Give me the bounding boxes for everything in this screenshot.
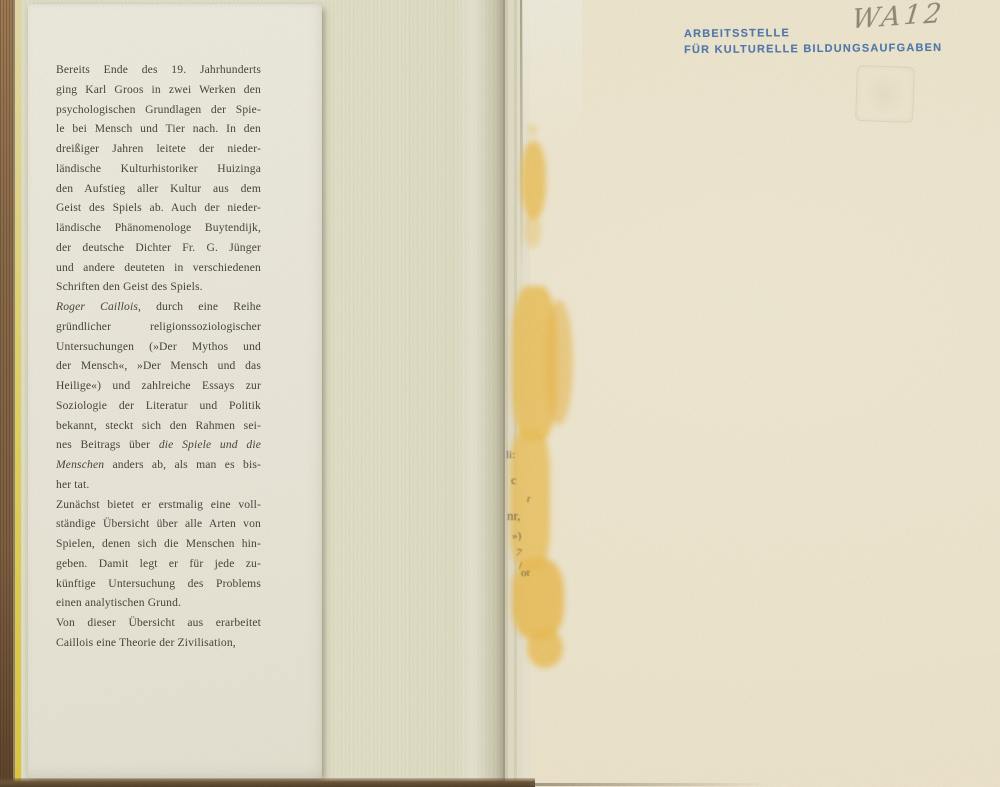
- flap-text-roman: her tat.: [56, 478, 89, 491]
- flap-text-roman: anders ab, als man es bis-: [104, 458, 261, 471]
- flap-text-line: Untersuchungen (»Der Mythos und: [56, 337, 261, 357]
- flap-text-line: ständige Übersicht über alle Arten von: [56, 514, 261, 534]
- flap-text-roman: psychologischen Grundlagen der Spie-: [56, 103, 261, 116]
- flap-text-line: nes Beitrags über die Spiele und die: [56, 435, 261, 455]
- flap-text-line: und andere deuteten in verschiedenen: [56, 258, 261, 278]
- flap-text-roman: le bei Mensch und Tier nach. In den: [56, 122, 261, 135]
- glue-stain-blob: [521, 141, 546, 219]
- flap-text-roman: Bereits Ende des 19. Jahrhunderts: [56, 63, 261, 76]
- flap-text-line: Roger Caillois, durch eine Reihe: [56, 297, 261, 317]
- embossed-seal: [855, 65, 915, 123]
- flap-text-roman: Soziologie der Literatur und Politik: [56, 399, 261, 412]
- flap-text-roman: geben. Damit legt er für jede zu-: [56, 557, 261, 570]
- flap-text-line: einen analytischen Grund.: [56, 593, 261, 613]
- flap-text-line: Geist des Spiels ab. Auch der nieder-: [56, 198, 261, 218]
- flap-text-roman: Spielen, denen sich die Menschen hin-: [56, 537, 261, 550]
- flap-text-line: der Mensch«, »Der Mensch und das: [56, 356, 261, 376]
- flap-text-line: Menschen anders ab, als man es bis-: [56, 455, 261, 475]
- cover-yellow-stripe: [15, 0, 21, 787]
- flap-text-roman: der Mensch«, »Der Mensch und das: [56, 359, 261, 372]
- flap-text-roman: einen analytischen Grund.: [56, 596, 181, 609]
- flap-text-roman: bekannt, steckt sich den Rahmen sei-: [56, 419, 261, 432]
- flap-text-line: psychologischen Grundlagen der Spie-: [56, 100, 261, 120]
- flap-text-roman: , durch eine Reihe: [138, 300, 261, 313]
- flap-text-italic: die Spiele und die: [159, 438, 261, 451]
- flap-text-roman: Schriften den Geist des Spiels.: [56, 280, 203, 293]
- flap-text-roman: Heilige«) und zahlreiche Essays zur: [56, 379, 261, 392]
- flap-text-line: gründlicher religionssoziologischer: [56, 317, 261, 337]
- open-book-scan: li:crnr,»)7/or ARBEITSSTELLE FÜR KULTURE…: [0, 0, 1000, 787]
- flap-text-line: geben. Damit legt er für jede zu-: [56, 554, 261, 574]
- flap-text-roman: den Aufstieg aller Kultur aus dem: [56, 182, 261, 195]
- flap-text-italic: Roger Caillois: [56, 300, 138, 313]
- flap-text-line: dreißiger Jahren leitete der nieder-: [56, 139, 261, 159]
- flap-text-roman: Untersuchungen (»Der Mythos und: [56, 340, 261, 353]
- flap-text-roman: Von dieser Übersicht aus erarbeitet: [56, 616, 261, 629]
- flap-text-line: Spielen, denen sich die Menschen hin-: [56, 534, 261, 554]
- flap-text-roman: ging Karl Groos in zwei Werken den: [56, 83, 261, 96]
- glue-stain-blob: [512, 558, 564, 640]
- flap-text-roman: künftige Untersuchung des Problems: [56, 577, 261, 590]
- flap-text-line: Zunächst bietet er erstmalig eine voll-: [56, 495, 261, 515]
- flap-text-roman: und andere deuteten in verschiedenen: [56, 261, 261, 274]
- glue-stain-blob: [528, 124, 537, 136]
- flap-text-line: ländische Kulturhistoriker Huizinga: [56, 159, 261, 179]
- flap-text-line: Bereits Ende des 19. Jahrhunderts: [56, 60, 261, 80]
- flap-text-italic: Menschen: [56, 458, 104, 471]
- flap-text-roman: dreißiger Jahren leitete der nieder-: [56, 142, 261, 155]
- flap-text-roman: nes Beitrags über: [56, 438, 159, 451]
- glue-stain-blob: [510, 430, 550, 570]
- flap-text-roman: Geist des Spiels ab. Auch der nieder-: [56, 201, 261, 214]
- flap-text-line: Von dieser Übersicht aus erarbeitet: [56, 613, 261, 633]
- flap-text-roman: gründlicher religionssoziologischer: [56, 320, 261, 333]
- glue-stain-blob: [524, 212, 541, 248]
- page-bottom-shadow-line: [530, 783, 770, 786]
- flap-text-line: ländische Phänomenologe Buytendijk,: [56, 218, 261, 238]
- book-cover-bottom-edge: [0, 778, 535, 787]
- flap-text-line: le bei Mensch und Tier nach. In den: [56, 119, 261, 139]
- flap-text-line: den Aufstieg aller Kultur aus dem: [56, 179, 261, 199]
- flap-text-line: Soziologie der Literatur und Politik: [56, 396, 261, 416]
- flap-text-roman: ländische Phänomenologe Buytendijk,: [56, 221, 261, 234]
- stamp-line-2: FÜR KULTURELLE BILDUNGSAUFGABEN: [684, 40, 942, 58]
- glue-stain-blob: [527, 628, 563, 668]
- flap-text-line: Schriften den Geist des Spiels.: [56, 277, 261, 297]
- flap-text-roman: der deutsche Dichter Fr. G. Jünger: [56, 241, 261, 254]
- flap-text-roman: Caillois eine Theorie der Zivilisation,: [56, 636, 236, 649]
- flap-text-line: ging Karl Groos in zwei Werken den: [56, 80, 261, 100]
- flap-text-line: der deutsche Dichter Fr. G. Jünger: [56, 238, 261, 258]
- dust-jacket-flap: Bereits Ende des 19. Jahrhundertsging Ka…: [28, 4, 322, 779]
- book-cover-left-edge: [0, 0, 21, 787]
- flap-text-line: her tat.: [56, 475, 261, 495]
- flap-text-line: künftige Untersuchung des Problems: [56, 574, 261, 594]
- flap-text-line: bekannt, steckt sich den Rahmen sei-: [56, 416, 261, 436]
- flap-text-line: Caillois eine Theorie der Zivilisation,: [56, 633, 261, 653]
- glue-stain-blob: [545, 300, 573, 425]
- flap-text-line: Heilige«) und zahlreiche Essays zur: [56, 376, 261, 396]
- cover-wood-strip: [0, 0, 13, 787]
- flap-text: Bereits Ende des 19. Jahrhundertsging Ka…: [56, 60, 261, 653]
- flap-text-roman: ständige Übersicht über alle Arten von: [56, 517, 261, 530]
- flap-text-roman: Zunächst bietet er erstmalig eine voll-: [56, 498, 261, 511]
- flap-text-roman: ländische Kulturhistoriker Huizinga: [56, 162, 261, 175]
